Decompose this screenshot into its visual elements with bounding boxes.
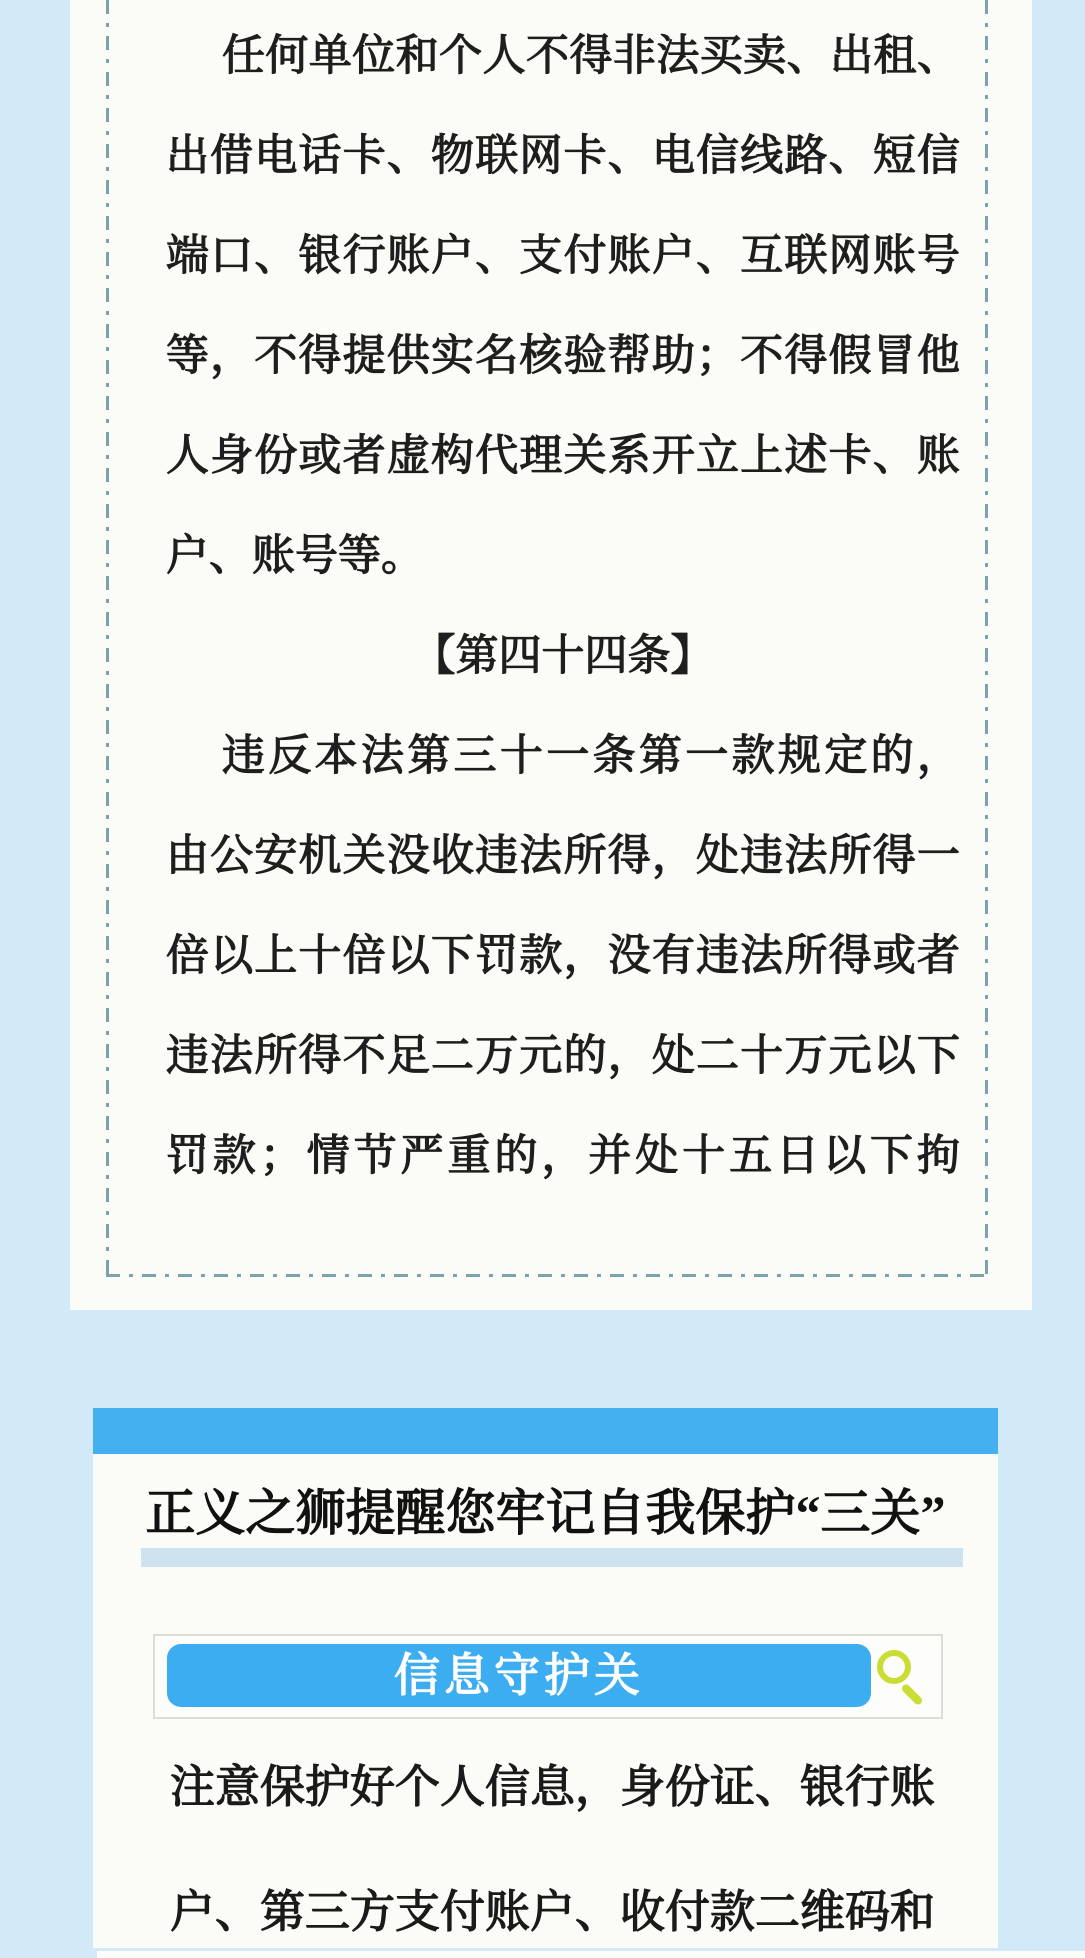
section-title: 正义之狮提醒您牢记自我保护“三关”: [93, 1478, 998, 1548]
section-header-bar: [93, 1408, 998, 1454]
dashed-border-right: [985, 0, 988, 1276]
law-text-line: 违反本法第三十一条第一款规定的，: [166, 707, 960, 807]
law-text-line: 任何单位和个人不得非法买卖、出租、: [166, 7, 960, 107]
article-page: { "section1": { "lines": [ "任何单位和个人不得非法买…: [0, 0, 1085, 1958]
law-text-block: 任何单位和个人不得非法买卖、出租、 出借电话卡、物联网卡、电信线路、短信 端口、…: [166, 7, 960, 1207]
dashed-border-left: [106, 0, 109, 1276]
law-text-line: 户、账号等。: [166, 507, 960, 607]
body-text-line: 户、第三方支付账户、收付款二维码和: [170, 1889, 970, 1935]
law-text-line: 端口、银行账户、支付账户、互联网账号: [166, 207, 960, 307]
law-text-line: 倍以上十倍以下罚款，没有违法所得或者: [166, 907, 960, 1007]
body-text-line: 注意保护好个人信息，身份证、银行账: [170, 1764, 970, 1810]
law-text-line: 出借电话卡、物联网卡、电信线路、短信: [166, 107, 960, 207]
law-text-line: 违法所得不足二万元的，处二十万元以下: [166, 1007, 960, 1107]
law-text-line: 人身份或者虚构代理关系开立上述卡、账: [166, 407, 960, 507]
law-text-line: 等，不得提供实名核验帮助；不得假冒他: [166, 307, 960, 407]
law-article-card: 任何单位和个人不得非法买卖、出租、 出借电话卡、物联网卡、电信线路、短信 端口、…: [70, 0, 1032, 1310]
search-bar[interactable]: 信息守护关: [153, 1634, 943, 1719]
law-text-line: 罚款；情节严重的，并处十五日以下拘留。: [166, 1107, 960, 1207]
magnifier-icon-handle: [900, 1683, 923, 1706]
reminder-card: 正义之狮提醒您牢记自我保护“三关” 信息守护关 注意保护好个人信息，身份证、银行…: [93, 1408, 998, 1948]
magnifier-icon[interactable]: [877, 1650, 911, 1684]
title-underline-band: [141, 1548, 963, 1567]
dashed-border-bottom: [106, 1274, 988, 1277]
law-text-line: 由公安机关没收违法所得，处违法所得一: [166, 807, 960, 907]
search-input[interactable]: 信息守护关: [167, 1644, 871, 1707]
law-article-heading: 【第四十四条】: [166, 607, 960, 707]
next-card-top-sliver: [97, 1951, 1085, 1958]
